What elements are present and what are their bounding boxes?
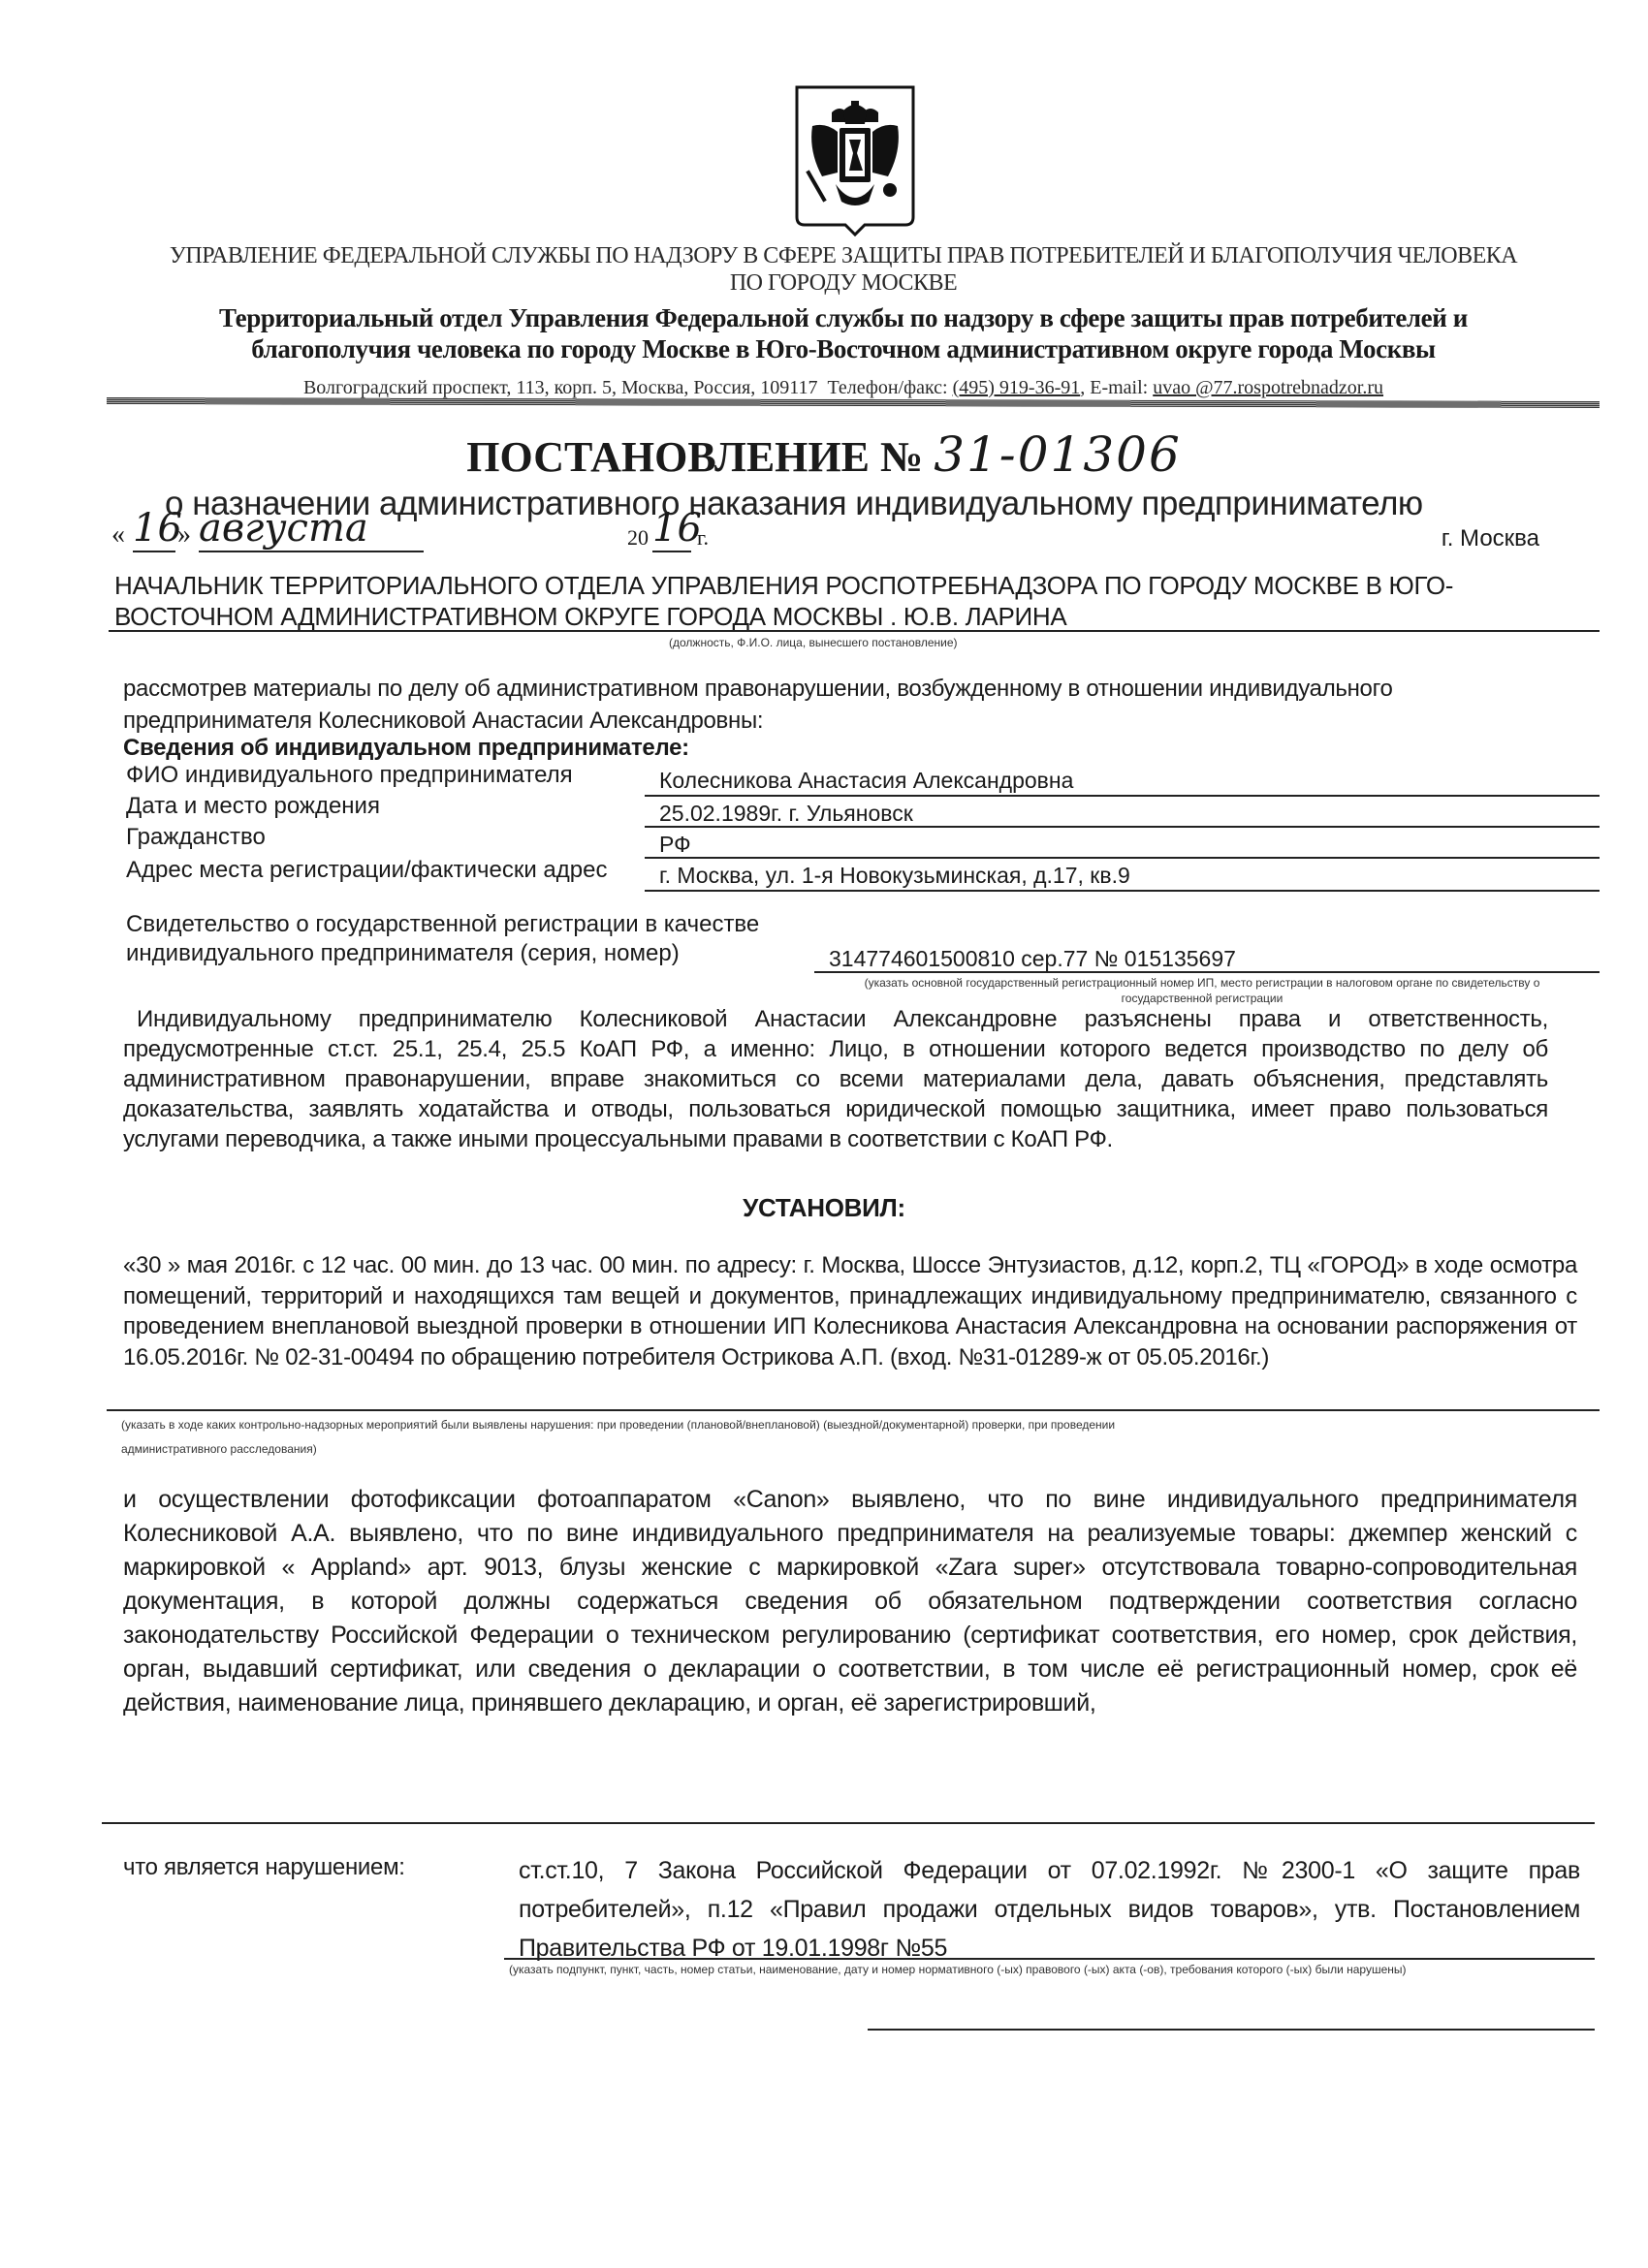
department-line-1: Территориальный отдел Управления Федерал… (145, 302, 1541, 333)
date-month: августа (199, 506, 424, 552)
findings-paragraph: и осуществлении фотофиксации фотоаппарат… (123, 1483, 1577, 1720)
inspection-underline (107, 1409, 1600, 1411)
inspection-caption: (указать в ходе каких контрольно-надзорн… (121, 1413, 1575, 1462)
phone-number: (495) 919-36-91 (953, 377, 1081, 398)
document-title: ПОСТАНОВЛЕНИЕ № 31-01306 (0, 426, 1648, 483)
date-day: 16 (133, 506, 175, 552)
violation-text: ст.ст.10, 7 Закона Российской Федерации … (519, 1851, 1580, 1968)
inspection-paragraph: «30 » мая 2016г. с 12 час. 00 мин. до 13… (123, 1250, 1577, 1372)
certificate-label-line-1: Свидетельство о государственной регистра… (126, 911, 759, 938)
date-row: « 16 » августа 20 16 г. (111, 514, 1556, 552)
department-name: Территориальный отдел Управления Федерал… (145, 302, 1541, 364)
field-value-address: г. Москва, ул. 1-я Новокузьминская, д.17… (659, 863, 1130, 889)
inspection-caption-line-2: административного расследования) (121, 1437, 1575, 1462)
rights-paragraph: Индивидуальному предпринимателю Колесник… (123, 1004, 1548, 1154)
city: г. Москва (1442, 525, 1539, 552)
entrepreneur-heading: Сведения об индивидуальном предпринимате… (123, 732, 689, 764)
coat-of-arms-emblem (793, 83, 917, 238)
certificate-value: 314774601500810 сер.77 № 015135697 (829, 946, 1236, 972)
violation-label: что является нарушением: (123, 1851, 405, 1883)
phone-label: Телефон/факс: (827, 377, 947, 398)
field-label-birth: Дата и место рождения (126, 793, 380, 820)
handwritten-document-number: 31-01306 (934, 426, 1182, 483)
field-label-citizenship: Гражданство (126, 824, 266, 851)
date-open-quote: « (111, 520, 125, 551)
address: Волгоградский проспект, 113, корп. 5, Мо… (303, 377, 818, 398)
date-close-quote: » (177, 520, 191, 551)
field-label-address: Адрес места регистрации/фактически адрес (126, 857, 607, 884)
field-underline (645, 826, 1600, 828)
field-value-birth: 25.02.1989г. г. Ульяновск (659, 801, 913, 827)
violation-underline (504, 1958, 1595, 1960)
intro-paragraph: рассмотрев материалы по делу об админист… (123, 673, 1519, 737)
certificate-caption-line-1: (указать основной государственный регист… (853, 975, 1551, 991)
signature-line (868, 2029, 1595, 2031)
issuing-official: НАЧАЛЬНИК ТЕРРИТОРИАЛЬНОГО ОТДЕЛА УПРАВЛ… (114, 570, 1569, 632)
date-year-suffix: 16 (652, 506, 691, 552)
email-label: E-mail: (1090, 377, 1148, 398)
agency-line-2: ПО ГОРОДУ МОСКВЕ (145, 269, 1541, 297)
title-label: ПОСТАНОВЛЕНИЕ № (466, 433, 923, 481)
field-underline (645, 857, 1600, 859)
field-label-name: ФИО индивидуального предпринимателя (126, 762, 573, 789)
field-underline (645, 890, 1600, 892)
established-heading: УСТАНОВИЛ: (0, 1192, 1648, 1224)
official-caption: (должность, Ф.И.О. лица, вынесшего поста… (669, 636, 958, 649)
date-year-prefix: 20 (627, 525, 649, 551)
certificate-underline (814, 971, 1600, 973)
official-underline (109, 630, 1600, 632)
email-link[interactable]: uvao @77.rospotrebnadzor.ru (1153, 377, 1383, 398)
certificate-label-line-2: индивидуального предпринимателя (серия, … (126, 940, 680, 967)
contact-line: Волгоградский проспект, 113, корп. 5, Мо… (145, 376, 1541, 399)
inspection-caption-line-1: (указать в ходе каких контрольно-надзорн… (121, 1413, 1575, 1437)
field-value-name: Колесникова Анастасия Александровна (659, 768, 1073, 794)
russian-coat-of-arms-icon (793, 83, 917, 238)
findings-underline (102, 1822, 1595, 1824)
field-underline (645, 795, 1600, 797)
agency-name: УПРАВЛЕНИЕ ФЕДЕРАЛЬНОЙ СЛУЖБЫ ПО НАДЗОРУ… (145, 242, 1541, 297)
department-line-2: благополучия человека по городу Москве в… (145, 333, 1541, 364)
certificate-caption: (указать основной государственный регист… (853, 975, 1551, 1006)
agency-line-1: УПРАВЛЕНИЕ ФЕДЕРАЛЬНОЙ СЛУЖБЫ ПО НАДЗОРУ… (145, 242, 1541, 269)
violation-caption: (указать подпункт, пункт, часть, номер с… (509, 1962, 1585, 1977)
field-value-citizenship: РФ (659, 832, 691, 858)
date-year-unit: г. (697, 525, 709, 551)
